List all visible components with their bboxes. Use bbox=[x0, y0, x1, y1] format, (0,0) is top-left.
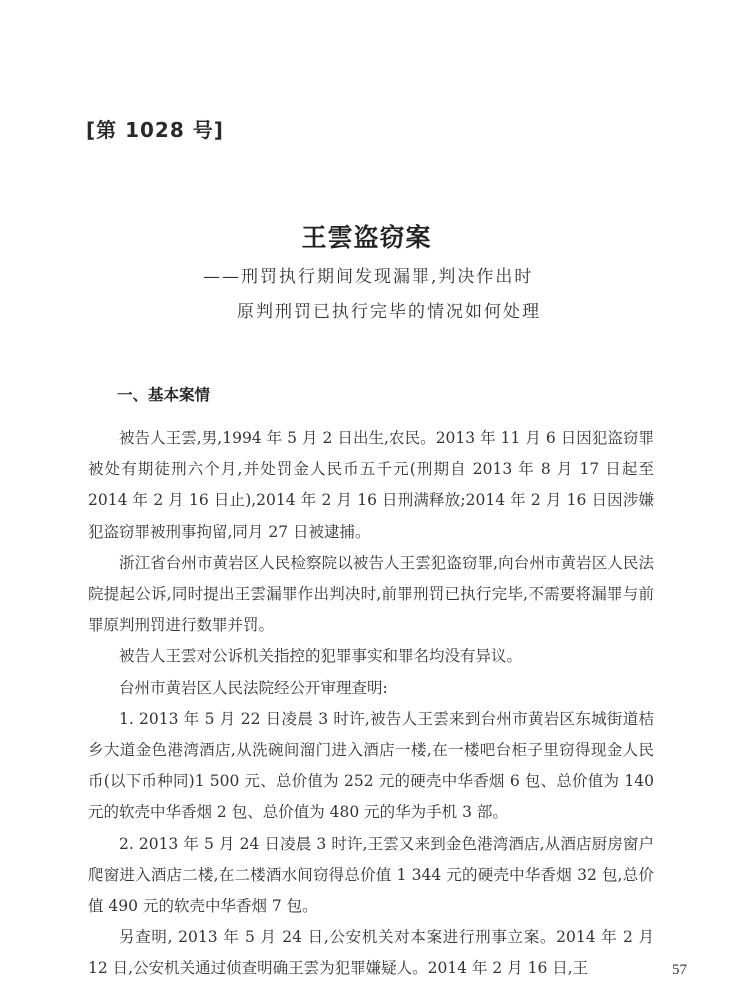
paragraph-finding-1: 1. 2013 年 5 月 22 日凌晨 3 时许,被告人王雲来到台州市黄岩区东… bbox=[88, 704, 654, 829]
paragraph-finding-2: 2. 2013 年 5 月 24 日凌晨 3 时许,王雲又来到金色港湾酒店,从酒… bbox=[88, 829, 654, 923]
page-number: 57 bbox=[672, 962, 687, 979]
paragraph-defendant-info: 被告人王雲,男,1994 年 5 月 2 日出生,农民。2013 年 11 月 … bbox=[88, 423, 654, 548]
paragraph-prosecution: 浙江省台州市黄岩区人民检察院以被告人王雲犯盗窃罪,向台州市黄岩区人民法院提起公诉… bbox=[88, 548, 654, 642]
paragraph-further-findings: 另查明, 2013 年 5 月 24 日,公安机关对本案进行刑事立案。2014 … bbox=[88, 922, 654, 984]
section-heading: 一、基本案情 bbox=[117, 383, 210, 405]
case-title: 王雲盗窃案 bbox=[0, 218, 733, 254]
case-number: [第 1028 号] bbox=[86, 114, 224, 143]
body-text: 被告人王雲,男,1994 年 5 月 2 日出生,农民。2013 年 11 月 … bbox=[88, 423, 654, 985]
paragraph-court-findings-intro: 台州市黄岩区人民法院经公开审理查明: bbox=[88, 673, 654, 704]
case-subtitle-line2: 原判刑罚已执行完毕的情况如何处理 bbox=[237, 297, 541, 322]
case-subtitle-line1: ——刑罚执行期间发现漏罪,判决作出时 bbox=[203, 262, 533, 287]
paragraph-defendant-response: 被告人王雲对公诉机关指控的犯罪事实和罪名均没有异议。 bbox=[88, 641, 654, 672]
